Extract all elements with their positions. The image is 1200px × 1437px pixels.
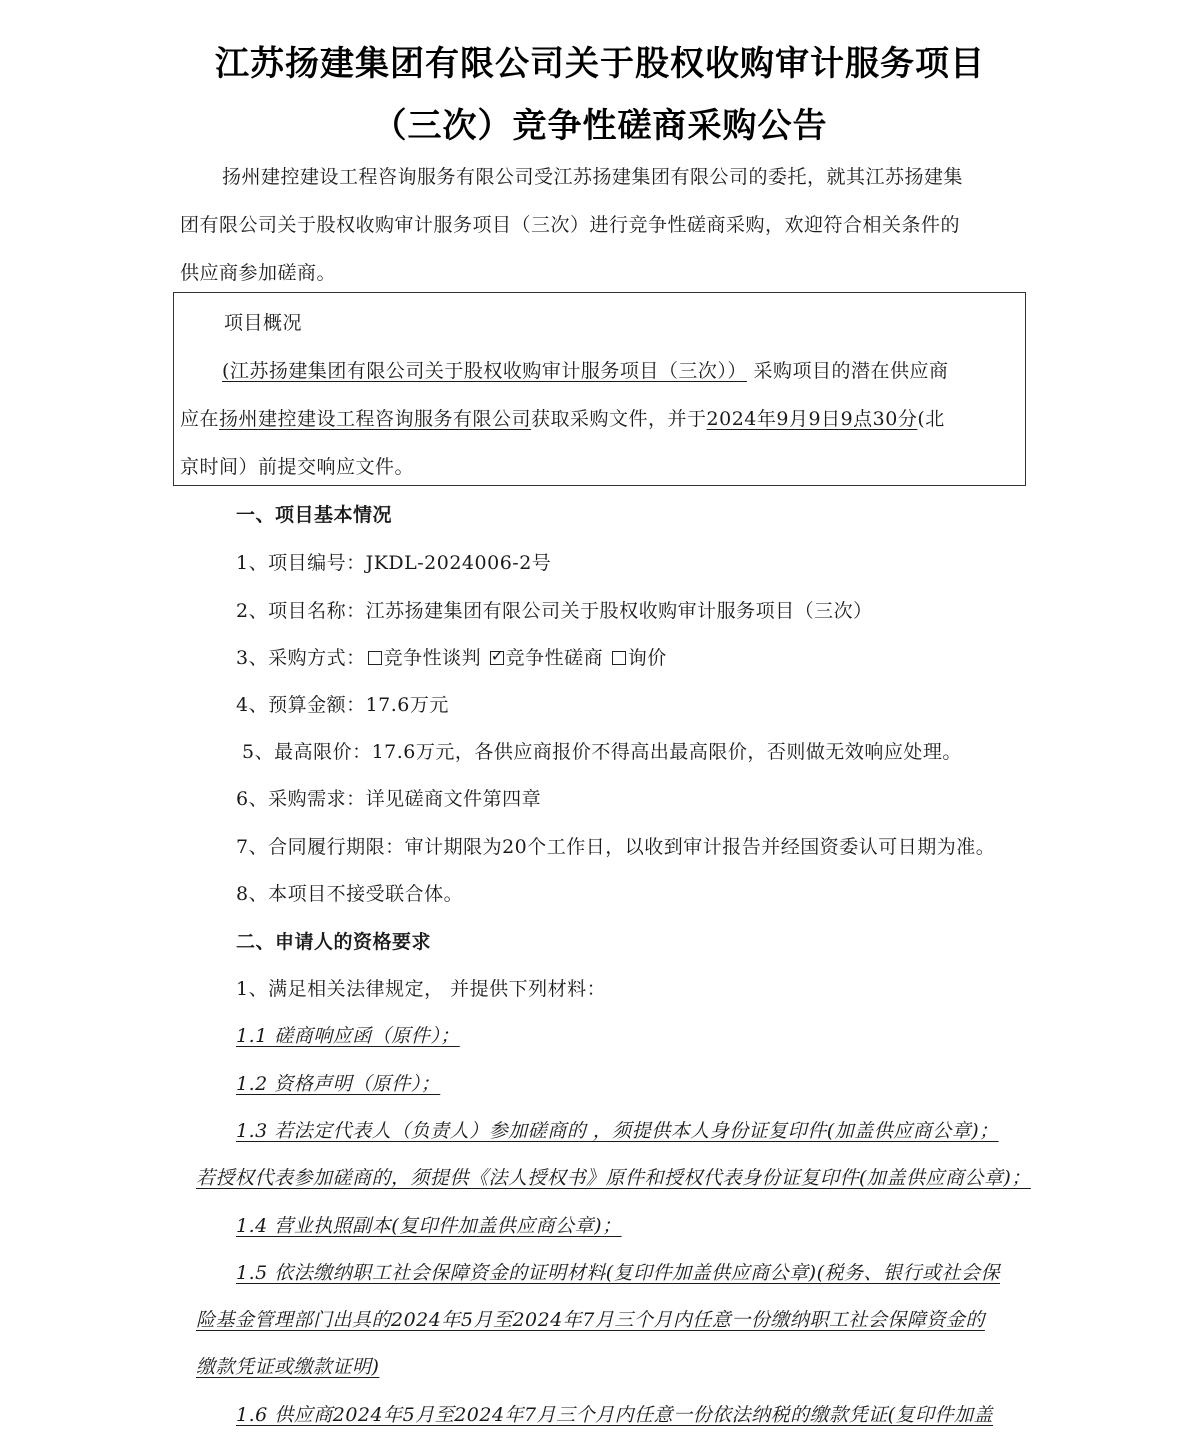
overview-agency: 扬州建控建设工程咨询服务有限公司: [219, 408, 531, 430]
method-label: 3、采购方式：: [236, 647, 366, 669]
intro-line-1: 扬州建控建设工程咨询服务有限公司受江苏扬建集团有限公司的委托，就其江苏扬建集: [222, 162, 963, 189]
overview-line-1-rest: 采购项目的潜在供应商: [753, 360, 948, 382]
project-number: 1、项目编号：JKDL-2024006-2号: [236, 548, 551, 575]
intro-line-2: 团有限公司关于股权收购审计服务项目（三次）进行竞争性磋商采购，欢迎符合相关条件的: [180, 210, 960, 237]
procurement-requirement: 6、采购需求：详见磋商文件第四章: [236, 784, 541, 811]
requirement-1-6-a: 1.6 供应商2024年5月至2024年7月三个月内任意一份依法纳税的缴款凭证(…: [236, 1400, 993, 1427]
section1-heading: 一、项目基本情况: [236, 500, 392, 527]
checkbox-inquiry: [612, 651, 626, 665]
overview-l2-post: (北: [917, 408, 944, 430]
requirement-1-5-a: 1.5 依法缴纳职工社会保障资金的证明材料(复印件加盖供应商公章)(税务、银行或…: [236, 1258, 1000, 1285]
section2-heading: 二、申请人的资格要求: [236, 927, 431, 954]
requirement-1-4: 1.4 营业执照副本(复印件加盖供应商公章)；: [236, 1211, 622, 1238]
overview-project-name: (江苏扬建集团有限公司关于股权收购审计服务项目（三次））: [222, 360, 747, 382]
contract-period: 7、合同履行期限：审计期限为20个工作日，以收到审计报告并经国资委认可日期为准。: [236, 832, 995, 859]
option-consultation: 竞争性磋商: [506, 647, 604, 669]
requirement-1-3-b: 若授权代表参加磋商的，须提供《法人授权书》原件和授权代表身份证复印件(加盖供应商…: [196, 1163, 1031, 1190]
requirement-1-1: 1.1 磋商响应函（原件）；: [236, 1021, 460, 1048]
requirement-1-5-c: 缴款凭证或缴款证明): [196, 1352, 379, 1379]
overview-l2-mid: 获取采购文件，并于: [531, 408, 707, 430]
title-line-2: （三次）竞争性磋商采购公告: [0, 98, 1200, 147]
project-name: 2、项目名称：江苏扬建集团有限公司关于股权收购审计服务项目（三次）: [236, 596, 873, 623]
overview-l2-pre: 应在: [180, 408, 219, 430]
title-line-1: 江苏扬建集团有限公司关于股权收购审计服务项目: [0, 36, 1200, 85]
checkbox-consultation-checked: [490, 651, 504, 665]
option-negotiation: 竞争性谈判: [384, 647, 482, 669]
checkbox-negotiation: [368, 651, 382, 665]
price-cap: 5、最高限价：17.6万元，各供应商报价不得高出最高限价，否则做无效响应处理。: [242, 737, 962, 764]
requirement-1-5-b: 险基金管理部门出具的2024年5月至2024年7月三个月内任意一份缴纳职工社会保…: [196, 1305, 985, 1332]
overview-line-1: (江苏扬建集团有限公司关于股权收购审计服务项目（三次）） 采购项目的潜在供应商: [222, 356, 948, 383]
requirement-1-2: 1.2 资格声明（原件）；: [236, 1069, 440, 1096]
intro-line-3: 供应商参加磋商。: [180, 258, 336, 285]
overview-deadline: 2024年9月9日9点30分: [707, 408, 918, 430]
requirement-1: 1、满足相关法律规定， 并提供下列材料：: [236, 974, 606, 1001]
overview-line-2: 应在扬州建控建设工程咨询服务有限公司获取采购文件，并于2024年9月9日9点30…: [180, 404, 945, 431]
overview-heading: 项目概况: [224, 308, 302, 335]
announcement-page: 江苏扬建集团有限公司关于股权收购审计服务项目 （三次）竞争性磋商采购公告 扬州建…: [0, 0, 1200, 1437]
overview-line-3: 京时间）前提交响应文件。: [180, 452, 414, 479]
requirement-1-3-a: 1.3 若法定代表人（负责人）参加磋商的 ，须提供本人身份证复印件(加盖供应商公…: [236, 1116, 999, 1143]
option-inquiry: 询价: [628, 647, 667, 669]
procurement-method: 3、采购方式：竞争性谈判 竞争性磋商 询价: [236, 643, 667, 670]
no-consortium: 8、本项目不接受联合体。: [236, 879, 463, 906]
budget-amount: 4、预算金额：17.6万元: [236, 690, 449, 717]
